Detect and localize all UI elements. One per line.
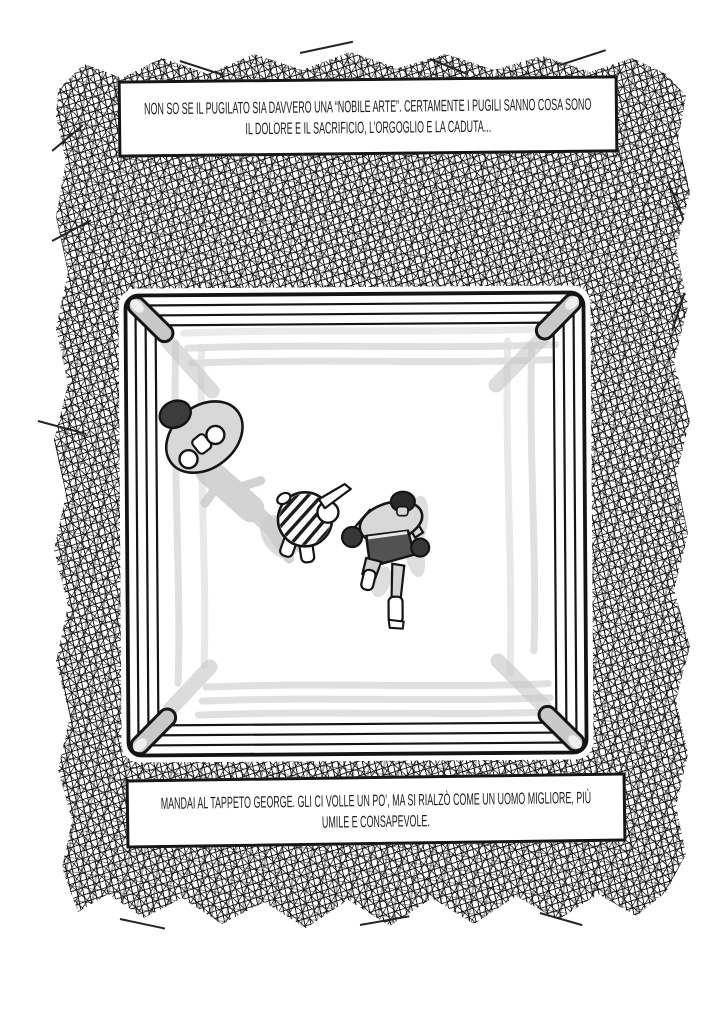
caption-top-line2: IL DOLORE E IL SACRIFICIO, L’ORGOGLIO E …	[245, 113, 491, 141]
white-boot	[389, 597, 403, 623]
caption-bottom-line2: UMILE E CONSAPEVOLE.	[322, 807, 430, 834]
white-glove	[206, 426, 224, 444]
dark-glove	[411, 538, 429, 556]
stray-stroke	[300, 41, 353, 54]
caption-bottom: MANDAI AL TAPPETO GEORGE. GLI CI VOLLE U…	[126, 773, 627, 849]
stray-stroke	[560, 49, 606, 65]
stray-stroke	[120, 918, 165, 929]
caption-top: NON SO SE IL PUGILATO SIA DAVVERO UNA “N…	[118, 75, 619, 157]
boxing-ring	[117, 284, 594, 763]
white-glove	[179, 450, 197, 468]
comic-page: NON SO SE IL PUGILATO SIA DAVVERO UNA “N…	[0, 0, 725, 1024]
dark-glove	[342, 527, 362, 547]
